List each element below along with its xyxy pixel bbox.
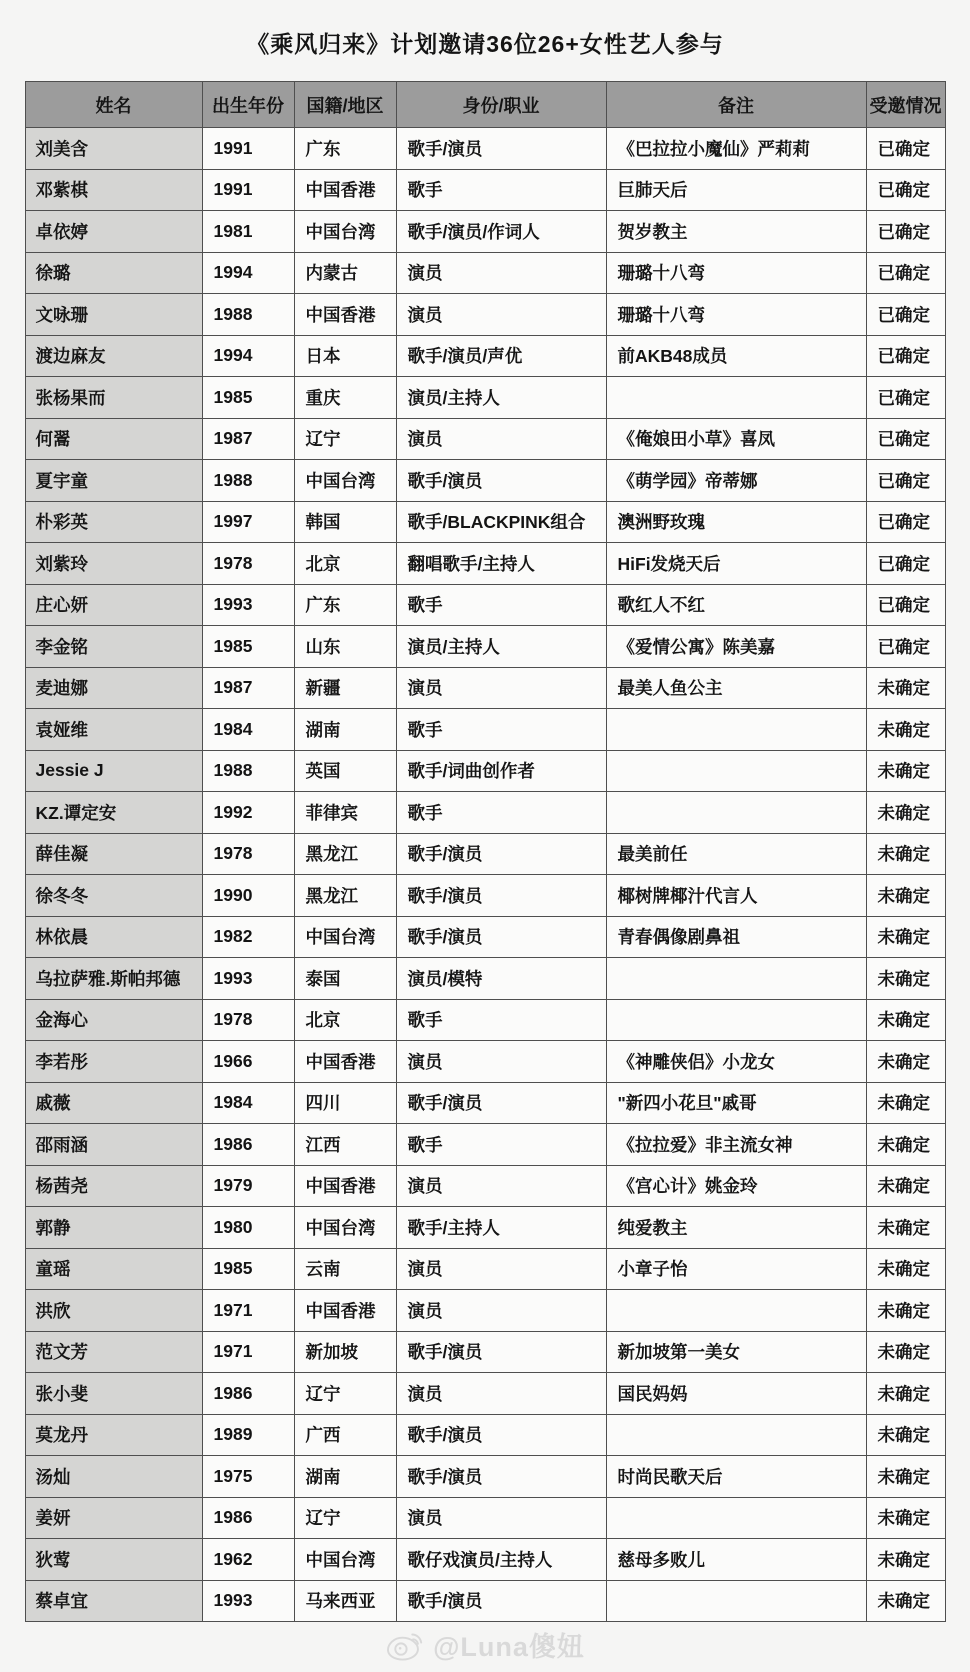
cell-region: 黑龙江 [294,875,396,917]
cell-occupation: 演员 [396,418,606,460]
cell-region: 菲律宾 [294,792,396,834]
cell-occupation: 翻唱歌手/主持人 [396,543,606,585]
cell-note: HiFi发烧天后 [606,543,866,585]
cell-occupation: 歌手/演员/作词人 [396,211,606,253]
cell-birth-year: 1992 [202,792,294,834]
table-row: 邓紫棋1991中国香港歌手巨肺天后已确定 [25,169,945,211]
cell-note: 澳洲野玫瑰 [606,501,866,543]
table-row: 卓依婷1981中国台湾歌手/演员/作词人贺岁教主已确定 [25,211,945,253]
table-row: Jessie J1988英国歌手/词曲创作者未确定 [25,750,945,792]
cell-status: 已确定 [866,335,945,377]
table-row: 狄莺1962中国台湾歌仔戏演员/主持人慈母多败儿未确定 [25,1539,945,1581]
cell-note: 《拉拉爱》非主流女神 [606,1124,866,1166]
cell-note: 慈母多败儿 [606,1539,866,1581]
cell-note: 《萌学园》帝蒂娜 [606,460,866,502]
cell-birth-year: 1984 [202,709,294,751]
cell-status: 已确定 [866,460,945,502]
cell-name: 李金铭 [25,626,202,668]
cell-occupation: 演员 [396,1290,606,1332]
table-row: 张杨果而1985重庆演员/主持人已确定 [25,377,945,419]
table-row: 张小斐1986辽宁演员国民妈妈未确定 [25,1373,945,1415]
cell-status: 已确定 [866,252,945,294]
table-row: 杨茜尧1979中国香港演员《宫心计》姚金玲未确定 [25,1165,945,1207]
column-header-1: 出生年份 [202,82,294,128]
cell-occupation: 歌手/演员 [396,1456,606,1498]
table-row: 夏宇童1988中国台湾歌手/演员《萌学园》帝蒂娜已确定 [25,460,945,502]
cell-region: 中国香港 [294,1290,396,1332]
cell-occupation: 演员 [396,252,606,294]
table-row: 邵雨涵1986江西歌手《拉拉爱》非主流女神未确定 [25,1124,945,1166]
cell-note: 青春偶像剧鼻祖 [606,916,866,958]
cell-status: 未确定 [866,792,945,834]
cell-name: 范文芳 [25,1331,202,1373]
cell-note: "新四小花旦"戚哥 [606,1082,866,1124]
cell-status: 未确定 [866,916,945,958]
cell-region: 韩国 [294,501,396,543]
cell-note: 最美人鱼公主 [606,667,866,709]
cell-status: 未确定 [866,709,945,751]
cell-occupation: 歌手 [396,584,606,626]
cell-name: 薛佳凝 [25,833,202,875]
cell-status: 已确定 [866,584,945,626]
cell-status: 未确定 [866,1165,945,1207]
cell-birth-year: 1990 [202,875,294,917]
cell-name: 文咏珊 [25,294,202,336]
cell-region: 辽宁 [294,1497,396,1539]
cell-note: 纯爱教主 [606,1207,866,1249]
cell-note: 时尚民歌天后 [606,1456,866,1498]
cell-note [606,958,866,1000]
column-header-3: 身份/职业 [396,82,606,128]
cell-occupation: 歌手/词曲创作者 [396,750,606,792]
cell-birth-year: 1989 [202,1414,294,1456]
cell-note [606,377,866,419]
cell-region: 中国台湾 [294,211,396,253]
cell-name: 夏宇童 [25,460,202,502]
cell-occupation: 歌手/演员 [396,875,606,917]
cell-note: 《俺娘田小草》喜凤 [606,418,866,460]
cell-note: 国民妈妈 [606,1373,866,1415]
cell-note: 《宫心计》姚金玲 [606,1165,866,1207]
cell-occupation: 歌手 [396,169,606,211]
cell-birth-year: 1985 [202,377,294,419]
cell-birth-year: 1984 [202,1082,294,1124]
table-row: 金海心1978北京歌手未确定 [25,999,945,1041]
cell-name: 金海心 [25,999,202,1041]
cell-region: 辽宁 [294,1373,396,1415]
cell-name: 邓紫棋 [25,169,202,211]
cell-region: 新加坡 [294,1331,396,1373]
cell-birth-year: 1988 [202,460,294,502]
cell-occupation: 演员 [396,294,606,336]
cell-status: 未确定 [866,875,945,917]
cell-birth-year: 1988 [202,294,294,336]
watermark-text: @Luna傻妞 [433,1625,585,1664]
cell-birth-year: 1966 [202,1041,294,1083]
cell-status: 未确定 [866,1456,945,1498]
cell-birth-year: 1985 [202,626,294,668]
cell-region: 马来西亚 [294,1580,396,1622]
cell-name: Jessie J [25,750,202,792]
cell-name: 李若彤 [25,1041,202,1083]
table-row: 徐冬冬1990黑龙江歌手/演员椰树牌椰汁代言人未确定 [25,875,945,917]
cell-birth-year: 1982 [202,916,294,958]
cell-name: 袁娅维 [25,709,202,751]
cell-birth-year: 1986 [202,1124,294,1166]
page-title: 《乘风归来》计划邀请36位26+女性艺人参与 [0,0,970,59]
cell-note: 新加坡第一美女 [606,1331,866,1373]
cell-status: 已确定 [866,294,945,336]
cell-name: 张小斐 [25,1373,202,1415]
cell-occupation: 歌手/主持人 [396,1207,606,1249]
table-row: 李若彤1966中国香港演员《神雕侠侣》小龙女未确定 [25,1041,945,1083]
column-header-0: 姓名 [25,82,202,128]
cell-status: 未确定 [866,1373,945,1415]
cell-occupation: 演员 [396,667,606,709]
table-row: 徐璐1994内蒙古演员珊璐十八弯已确定 [25,252,945,294]
cell-region: 北京 [294,543,396,585]
cell-name: 莫龙丹 [25,1414,202,1456]
cell-status: 未确定 [866,1124,945,1166]
cell-status: 未确定 [866,1248,945,1290]
cell-status: 未确定 [866,958,945,1000]
cell-occupation: 演员 [396,1165,606,1207]
table-row: 姜妍1986辽宁演员未确定 [25,1497,945,1539]
cell-occupation: 歌手/演员 [396,833,606,875]
cell-status: 未确定 [866,750,945,792]
cell-name: KZ.谭定安 [25,792,202,834]
cell-note: 《巴拉拉小魔仙》严莉莉 [606,128,866,170]
cell-status: 已确定 [866,543,945,585]
cell-region: 四川 [294,1082,396,1124]
table-row: 范文芳1971新加坡歌手/演员新加坡第一美女未确定 [25,1331,945,1373]
table-body: 刘美含1991广东歌手/演员《巴拉拉小魔仙》严莉莉已确定邓紫棋1991中国香港歌… [25,128,945,1622]
cell-occupation: 歌手 [396,709,606,751]
cell-region: 江西 [294,1124,396,1166]
cell-status: 未确定 [866,1539,945,1581]
column-header-5: 受邀情况 [866,82,945,128]
cell-note: 最美前任 [606,833,866,875]
cell-name: 徐冬冬 [25,875,202,917]
cell-occupation: 歌手/演员 [396,1082,606,1124]
cell-birth-year: 1978 [202,833,294,875]
cell-name: 卓依婷 [25,211,202,253]
cell-region: 广东 [294,128,396,170]
table-row: 刘美含1991广东歌手/演员《巴拉拉小魔仙》严莉莉已确定 [25,128,945,170]
cell-status: 已确定 [866,128,945,170]
table-row: 汤灿1975湖南歌手/演员时尚民歌天后未确定 [25,1456,945,1498]
cell-name: 刘紫玲 [25,543,202,585]
cell-status: 已确定 [866,169,945,211]
cell-name: 乌拉萨雅.斯帕邦德 [25,958,202,1000]
cell-birth-year: 1993 [202,1580,294,1622]
cell-region: 英国 [294,750,396,792]
cell-name: 郭静 [25,1207,202,1249]
cell-region: 湖南 [294,1456,396,1498]
cell-birth-year: 1978 [202,999,294,1041]
cell-occupation: 演员 [396,1041,606,1083]
table-row: 童瑶1985云南演员小章子怡未确定 [25,1248,945,1290]
cell-birth-year: 1981 [202,211,294,253]
cell-birth-year: 1986 [202,1497,294,1539]
cell-birth-year: 1994 [202,252,294,294]
cell-name: 蔡卓宜 [25,1580,202,1622]
cell-region: 广西 [294,1414,396,1456]
page: 《乘风归来》计划邀请36位26+女性艺人参与 姓名出生年份国籍/地区身份/职业备… [0,0,970,1672]
cell-status: 未确定 [866,833,945,875]
cell-region: 泰国 [294,958,396,1000]
table-row: 渡边麻友1994日本歌手/演员/声优前AKB48成员已确定 [25,335,945,377]
cell-status: 未确定 [866,1331,945,1373]
cell-name: 张杨果而 [25,377,202,419]
cell-status: 未确定 [866,1580,945,1622]
cell-name: 何翯 [25,418,202,460]
cell-birth-year: 1985 [202,1248,294,1290]
cell-region: 中国香港 [294,1165,396,1207]
cell-note: 珊璐十八弯 [606,252,866,294]
table-row: 李金铭1985山东演员/主持人《爱情公寓》陈美嘉已确定 [25,626,945,668]
cell-status: 未确定 [866,1290,945,1332]
cell-name: 麦迪娜 [25,667,202,709]
cell-occupation: 歌手 [396,1124,606,1166]
weibo-logo-icon [385,1628,425,1662]
cell-birth-year: 1978 [202,543,294,585]
table-row: 乌拉萨雅.斯帕邦德1993泰国演员/模特未确定 [25,958,945,1000]
cell-note [606,750,866,792]
cell-note: 椰树牌椰汁代言人 [606,875,866,917]
cell-occupation: 歌手/演员 [396,1331,606,1373]
cell-birth-year: 1994 [202,335,294,377]
cell-name: 姜妍 [25,1497,202,1539]
cell-region: 中国台湾 [294,1539,396,1581]
cell-note [606,999,866,1041]
cell-region: 中国香港 [294,1041,396,1083]
cell-name: 朴彩英 [25,501,202,543]
cell-status: 未确定 [866,1041,945,1083]
cell-name: 童瑶 [25,1248,202,1290]
cell-occupation: 演员 [396,1373,606,1415]
cell-name: 汤灿 [25,1456,202,1498]
cell-region: 北京 [294,999,396,1041]
table-row: 郭静1980中国台湾歌手/主持人纯爱教主未确定 [25,1207,945,1249]
cell-region: 日本 [294,335,396,377]
cell-status: 已确定 [866,626,945,668]
table-row: 何翯1987辽宁演员《俺娘田小草》喜凤已确定 [25,418,945,460]
table-row: 刘紫玲1978北京翻唱歌手/主持人HiFi发烧天后已确定 [25,543,945,585]
cell-status: 未确定 [866,1082,945,1124]
cell-occupation: 歌手/演员 [396,1414,606,1456]
column-header-2: 国籍/地区 [294,82,396,128]
cell-status: 未确定 [866,999,945,1041]
cell-note: 贺岁教主 [606,211,866,253]
cell-birth-year: 1991 [202,169,294,211]
cell-name: 渡边麻友 [25,335,202,377]
cell-birth-year: 1975 [202,1456,294,1498]
cell-region: 辽宁 [294,418,396,460]
cell-occupation: 歌手/演员 [396,128,606,170]
cell-status: 已确定 [866,211,945,253]
cell-region: 内蒙古 [294,252,396,294]
cell-note [606,1580,866,1622]
cell-note [606,1497,866,1539]
cell-birth-year: 1988 [202,750,294,792]
cell-status: 已确定 [866,377,945,419]
cell-note: 歌红人不红 [606,584,866,626]
cell-status: 未确定 [866,667,945,709]
cell-region: 云南 [294,1248,396,1290]
cell-region: 中国台湾 [294,460,396,502]
table-row: 蔡卓宜1993马来西亚歌手/演员未确定 [25,1580,945,1622]
cell-note [606,709,866,751]
cell-occupation: 歌手 [396,999,606,1041]
cell-name: 戚薇 [25,1082,202,1124]
table-row: 袁娅维1984湖南歌手未确定 [25,709,945,751]
cell-note [606,1290,866,1332]
artist-roster-table: 姓名出生年份国籍/地区身份/职业备注受邀情况 刘美含1991广东歌手/演员《巴拉… [25,81,946,1622]
cell-birth-year: 1971 [202,1331,294,1373]
cell-note [606,792,866,834]
cell-note: 巨肺天后 [606,169,866,211]
cell-region: 中国台湾 [294,916,396,958]
cell-region: 新疆 [294,667,396,709]
cell-occupation: 歌手/演员 [396,1580,606,1622]
cell-note: 《爱情公寓》陈美嘉 [606,626,866,668]
cell-region: 山东 [294,626,396,668]
cell-birth-year: 1979 [202,1165,294,1207]
cell-note: 小章子怡 [606,1248,866,1290]
table-row: 林依晨1982中国台湾歌手/演员青春偶像剧鼻祖未确定 [25,916,945,958]
cell-status: 未确定 [866,1414,945,1456]
cell-name: 洪欣 [25,1290,202,1332]
cell-occupation: 歌手/演员 [396,916,606,958]
cell-birth-year: 1962 [202,1539,294,1581]
cell-status: 未确定 [866,1207,945,1249]
cell-status: 已确定 [866,501,945,543]
cell-note: 《神雕侠侣》小龙女 [606,1041,866,1083]
cell-occupation: 歌仔戏演员/主持人 [396,1539,606,1581]
cell-region: 广东 [294,584,396,626]
cell-note [606,1414,866,1456]
cell-occupation: 歌手/BLACKPINK组合 [396,501,606,543]
cell-region: 中国香港 [294,169,396,211]
cell-birth-year: 1991 [202,128,294,170]
cell-region: 中国香港 [294,294,396,336]
table-row: 莫龙丹1989广西歌手/演员未确定 [25,1414,945,1456]
table-row: 麦迪娜1987新疆演员最美人鱼公主未确定 [25,667,945,709]
cell-occupation: 演员 [396,1497,606,1539]
table-header-row: 姓名出生年份国籍/地区身份/职业备注受邀情况 [25,82,945,128]
cell-name: 狄莺 [25,1539,202,1581]
cell-birth-year: 1987 [202,667,294,709]
cell-name: 邵雨涵 [25,1124,202,1166]
cell-birth-year: 1980 [202,1207,294,1249]
cell-region: 重庆 [294,377,396,419]
cell-name: 庄心妍 [25,584,202,626]
watermark: @Luna傻妞 [0,1625,970,1664]
table-row: 庄心妍1993广东歌手歌红人不红已确定 [25,584,945,626]
cell-status: 未确定 [866,1497,945,1539]
cell-region: 中国台湾 [294,1207,396,1249]
cell-status: 已确定 [866,418,945,460]
cell-birth-year: 1987 [202,418,294,460]
table-row: 洪欣1971中国香港演员未确定 [25,1290,945,1332]
table-row: 文咏珊1988中国香港演员珊璐十八弯已确定 [25,294,945,336]
cell-birth-year: 1997 [202,501,294,543]
table-row: 戚薇1984四川歌手/演员"新四小花旦"戚哥未确定 [25,1082,945,1124]
cell-region: 湖南 [294,709,396,751]
cell-occupation: 歌手/演员/声优 [396,335,606,377]
cell-occupation: 歌手 [396,792,606,834]
cell-name: 刘美含 [25,128,202,170]
cell-name: 杨茜尧 [25,1165,202,1207]
cell-region: 黑龙江 [294,833,396,875]
cell-occupation: 歌手/演员 [396,460,606,502]
cell-name: 林依晨 [25,916,202,958]
cell-occupation: 演员/主持人 [396,377,606,419]
table-row: KZ.谭定安1992菲律宾歌手未确定 [25,792,945,834]
table-row: 薛佳凝1978黑龙江歌手/演员最美前任未确定 [25,833,945,875]
cell-occupation: 演员 [396,1248,606,1290]
cell-occupation: 演员/主持人 [396,626,606,668]
cell-note: 前AKB48成员 [606,335,866,377]
cell-birth-year: 1993 [202,958,294,1000]
cell-birth-year: 1993 [202,584,294,626]
cell-name: 徐璐 [25,252,202,294]
cell-note: 珊璐十八弯 [606,294,866,336]
cell-birth-year: 1971 [202,1290,294,1332]
table-row: 朴彩英1997韩国歌手/BLACKPINK组合澳洲野玫瑰已确定 [25,501,945,543]
column-header-4: 备注 [606,82,866,128]
cell-occupation: 演员/模特 [396,958,606,1000]
cell-birth-year: 1986 [202,1373,294,1415]
